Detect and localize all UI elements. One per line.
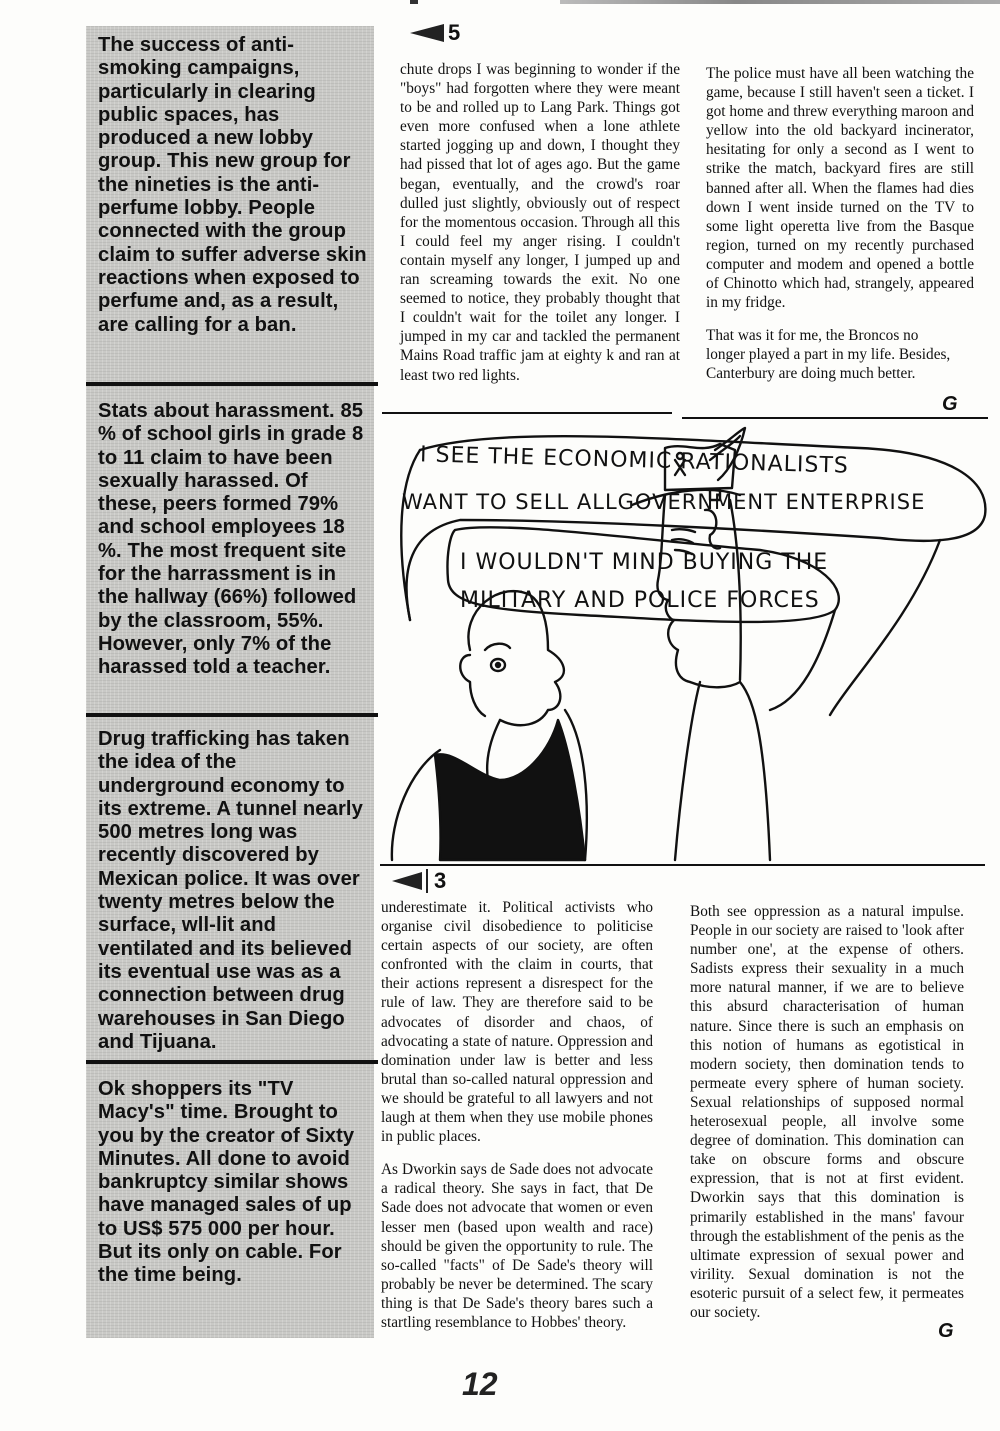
article-top-column-2: The police must have all been watching t…	[706, 64, 974, 384]
speech-bubble-2-line-1: I WOULDN'T MIND BUYING THE	[460, 550, 828, 575]
author-signature: G	[938, 1320, 954, 1343]
page-number: 12	[462, 1366, 498, 1403]
speech-bubble-2-line-2: MILITARY AND POLICE FORCES	[460, 588, 820, 613]
brief-harassment-stats: Stats about harassment. 85 % of school g…	[86, 400, 374, 680]
top-edge-rule	[560, 0, 1000, 4]
paragraph: That was it for me, the Broncos no longe…	[706, 326, 956, 383]
continued-from-page: 3	[434, 868, 446, 894]
paragraph: Both see oppression as a natural impulse…	[690, 902, 964, 1322]
brief-drug-tunnel: Drug trafficking has taken the idea of t…	[86, 728, 374, 1054]
brief-text: Ok shoppers its "TV Macy's" time. Brough…	[98, 1078, 368, 1288]
paragraph: chute drops I was beginning to wonder if…	[400, 60, 680, 385]
paragraph: The police must have all been watching t…	[706, 64, 974, 312]
left-arrow-icon	[392, 872, 422, 890]
continued-from-marker: 3	[392, 868, 446, 894]
brief-divider	[86, 382, 378, 386]
brief-divider	[86, 713, 378, 717]
left-arrow-icon	[410, 24, 444, 42]
author-signature: G	[942, 393, 958, 416]
article-bottom-column-1: underestimate it. Political activists wh…	[381, 898, 653, 1332]
brief-text: The success of anti-smoking campaigns, p…	[98, 34, 368, 337]
column-rule	[382, 412, 672, 414]
column-rule	[682, 417, 988, 419]
article-top-column-1: chute drops I was beginning to wonder if…	[400, 60, 680, 385]
speech-bubble-1-line-2: WANT TO SELL ALLGOVERNMENT ENTERPRISE	[402, 490, 925, 514]
paragraph: As Dworkin says de Sade does not advocat…	[381, 1160, 653, 1332]
brief-anti-perfume: The success of anti-smoking campaigns, p…	[86, 34, 374, 337]
brief-divider	[86, 1060, 378, 1064]
continued-from-page: 5	[448, 20, 460, 46]
marker-bar	[426, 869, 428, 893]
news-briefs-sidebar: The success of anti-smoking campaigns, p…	[86, 26, 374, 1338]
top-edge-mark	[410, 0, 418, 4]
paragraph: underestimate it. Political activists wh…	[381, 898, 653, 1146]
cartoon-drawing	[380, 420, 1000, 866]
brief-tv-macys: Ok shoppers its "TV Macy's" time. Brough…	[86, 1078, 374, 1288]
continued-from-marker: 5	[410, 20, 460, 46]
article-bottom-column-2: Both see oppression as a natural impulse…	[690, 902, 964, 1322]
cartoon-bottom-rule	[380, 864, 985, 866]
brief-text: Drug trafficking has taken the idea of t…	[98, 728, 368, 1054]
political-cartoon: I SEE THE ECONOMIC RATIONALISTS WANT TO …	[380, 420, 1000, 866]
brief-text: Stats about harassment. 85 % of school g…	[98, 400, 368, 680]
